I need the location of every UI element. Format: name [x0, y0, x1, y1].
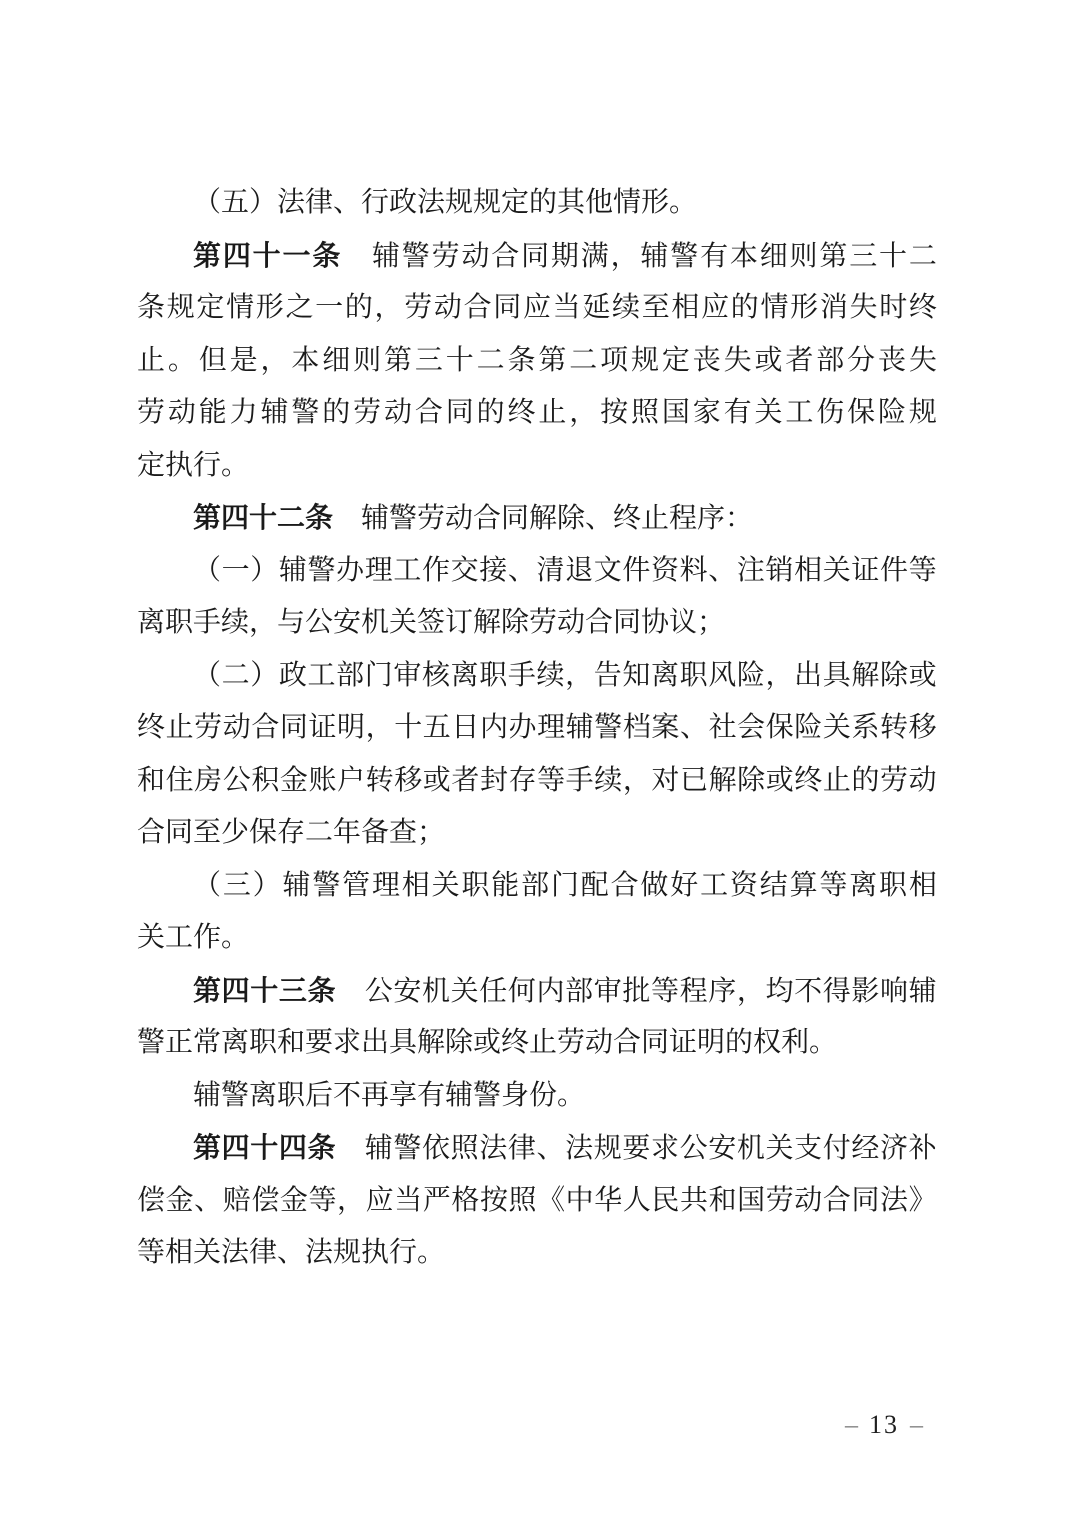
text-char: 止 [166, 702, 194, 755]
text-char: 合 [823, 1175, 851, 1228]
text-char: 或 [766, 755, 794, 808]
text-char: 规 [909, 387, 937, 440]
text-char: 审 [594, 966, 622, 1019]
text-char: 辅 [372, 231, 400, 284]
text-char: 动 [223, 702, 251, 755]
text-char: （ [193, 545, 221, 598]
text-char: 依 [422, 1123, 450, 1176]
text-char: 警 [594, 702, 622, 755]
text-char: 等 [537, 755, 565, 808]
text-char: 规 [631, 335, 659, 388]
text-char: 除 [880, 650, 908, 703]
text-char: 条 [508, 335, 536, 388]
text-char: 批 [622, 966, 650, 1019]
text-char: 内 [480, 702, 508, 755]
text-char: 机 [737, 1123, 765, 1176]
text-char: 相 [909, 860, 937, 913]
text-char: 合 [491, 231, 519, 284]
text-char: 劳 [404, 282, 432, 335]
text-char: 或 [909, 650, 937, 703]
article-number-char: 十 [250, 965, 278, 1018]
text-char: 当 [553, 282, 581, 335]
text-char: 工 [785, 387, 813, 440]
article-number-char: 四 [222, 965, 250, 1018]
article-number-char: 三 [279, 965, 307, 1018]
text-char: 按 [480, 1175, 508, 1228]
text-char: 二 [222, 650, 250, 703]
article-number-char: 四 [223, 230, 251, 283]
text-char: 应 [366, 1175, 394, 1228]
text-char: 部 [336, 650, 364, 703]
text-line: 第四十三条公安机关任何内部审批等程序，均不得影响辅 [137, 965, 937, 1018]
text-char: 相 [671, 282, 699, 335]
text-char: 法 [479, 1123, 507, 1176]
page-number-dash-left: – [845, 1405, 858, 1445]
text-char: 定 [662, 335, 690, 388]
text-char: 的 [345, 282, 373, 335]
text-char: 劳 [880, 755, 908, 808]
text-char: 转 [880, 702, 908, 755]
text-char: 均 [765, 966, 793, 1019]
text-char: 和 [709, 1175, 737, 1228]
text-char: 民 [651, 1175, 679, 1228]
text-char: 应 [701, 282, 729, 335]
text-char: 续 [612, 282, 640, 335]
text-line: 第四十二条辅警劳动合同解除、终止程序： [137, 492, 937, 545]
text-char: 理 [537, 702, 565, 755]
text-char: 细 [322, 335, 350, 388]
text-char: ） [250, 545, 278, 598]
text-char: 则 [790, 231, 818, 284]
text-char: 》 [909, 1175, 937, 1228]
text-char: 止 [137, 335, 165, 388]
text-char: 规 [594, 1123, 622, 1176]
text-char: 警 [308, 545, 336, 598]
text-char: 相 [794, 545, 822, 598]
text-line: 合同至少保存二年备查； [137, 807, 937, 860]
text-char: 金 [166, 1175, 194, 1228]
text-char: 同 [280, 702, 308, 755]
text-char: 国 [662, 387, 690, 440]
text-char: 经 [851, 1123, 879, 1176]
text-line: （五）法律、行政法规规定的其他情形。 [137, 177, 937, 230]
text-char: 解 [851, 650, 879, 703]
text-char: 关 [451, 966, 479, 1019]
text-char: 案 [651, 702, 679, 755]
text-char: 销 [766, 545, 794, 598]
text-line: 偿金、赔偿金等，应当严格按照《中华人民共和国劳动合同法》 [137, 1175, 937, 1228]
text-char: 第 [538, 335, 566, 388]
text-char: 退 [565, 545, 593, 598]
text-char: 资 [730, 860, 758, 913]
text-char: 配 [581, 860, 609, 913]
text-char: ， [611, 231, 639, 284]
text-char: 告 [594, 650, 622, 703]
text-char: 失 [909, 335, 937, 388]
article-number-char: 四 [279, 1122, 307, 1175]
text-char: ， [565, 650, 593, 703]
text-char: 偿 [251, 1175, 279, 1228]
text-char: 公 [680, 1123, 708, 1176]
text-char: 条 [137, 282, 165, 335]
text-char: 三 [849, 231, 877, 284]
article-number: 第四十二条 [193, 502, 333, 533]
text-char: 工 [308, 650, 336, 703]
text-char: 交 [451, 545, 479, 598]
text-char: 件 [622, 545, 650, 598]
text-char: 合 [415, 387, 443, 440]
text-char: 按 [600, 387, 628, 440]
text-char: 积 [251, 755, 279, 808]
text-char: 二 [909, 231, 937, 284]
text-char: 警 [312, 860, 340, 913]
text-char: 情 [226, 282, 254, 335]
text-char: 关 [432, 860, 460, 913]
text-char: 不 [794, 966, 822, 1019]
text-char: ， [766, 650, 794, 703]
text-char: 和 [137, 755, 165, 808]
text-char: 等 [819, 860, 847, 913]
text-char: 同 [521, 231, 549, 284]
text-char: 部 [565, 966, 593, 1019]
text-line: 辅警离职后不再享有辅警身份。 [137, 1070, 937, 1123]
text-char: 、 [536, 1123, 564, 1176]
text-char: 门 [365, 650, 393, 703]
article-number-char: 一 [282, 230, 310, 283]
text-char: 规 [167, 282, 195, 335]
text-char: 保 [847, 387, 875, 440]
text-char: 时 [879, 282, 907, 335]
text-char: 人 [623, 1175, 651, 1228]
page-number-value: 13 [869, 1405, 899, 1445]
text-char: 支 [794, 1123, 822, 1176]
text-char: 封 [480, 755, 508, 808]
text-char: 资 [651, 545, 679, 598]
text-char: ， [737, 966, 765, 1019]
text-char: 止 [538, 387, 566, 440]
text-char: 者 [451, 755, 479, 808]
text-char: 国 [737, 1175, 765, 1228]
text-char: 《 [537, 1175, 565, 1228]
text-char: 形 [256, 282, 284, 335]
text-char: 影 [851, 966, 879, 1019]
text-char: 职 [879, 860, 907, 913]
text-char: 风 [708, 650, 736, 703]
text-char: 工 [700, 860, 728, 913]
text-char: 具 [823, 650, 851, 703]
text-char: ， [337, 1175, 365, 1228]
text-char: 辅 [909, 966, 937, 1019]
text-line: 和住房公积金账户转移或者封存等手续，对已解除或终止的劳动 [137, 755, 937, 808]
text-char: 要 [622, 1123, 650, 1176]
text-char: ， [375, 282, 403, 335]
text-line: 定执行。 [137, 440, 937, 493]
text-char: 动 [384, 387, 412, 440]
text-char: 细 [760, 231, 788, 284]
text-char: 社 [709, 702, 737, 755]
text-char: 终 [508, 387, 536, 440]
text-char: 房 [194, 755, 222, 808]
text-char: 劳 [432, 231, 460, 284]
article-number-char: 十 [253, 230, 281, 283]
text-char: 住 [166, 755, 194, 808]
text-char: 辅 [365, 1123, 393, 1176]
text-char: 理 [372, 860, 400, 913]
text-char: 动 [794, 1175, 822, 1228]
text-char: 核 [422, 650, 450, 703]
text-char: 料 [680, 545, 708, 598]
text-char: 移 [394, 755, 422, 808]
text-run: 警正常离职和要求出具解除或终止劳动合同证明的权利。 [137, 1027, 837, 1058]
text-line: 第四十一条辅警劳动合同期满，辅警有本细则第三十二 [137, 230, 937, 283]
text-char: 辅 [640, 231, 668, 284]
text-char: 求 [651, 1123, 679, 1176]
text-char: 辅 [282, 860, 310, 913]
text-char: ， [261, 335, 289, 388]
text-char: 知 [622, 650, 650, 703]
text-run: 等相关法律、法规执行。 [137, 1237, 445, 1268]
text-char: 解 [709, 755, 737, 808]
text-char: 失 [724, 335, 752, 388]
text-char: 或 [755, 335, 783, 388]
text-line: 止。但是，本细则第三十二条第二项规定丧失或者部分丧失 [137, 335, 937, 388]
text-char: 何 [508, 966, 536, 1019]
text-char: 档 [623, 702, 651, 755]
text-char: 出 [794, 650, 822, 703]
text-char: 合 [611, 860, 639, 913]
text-char: 合 [464, 282, 492, 335]
text-line: 关工作。 [137, 912, 937, 965]
text-char: 清 [537, 545, 565, 598]
text-char: 照 [451, 1123, 479, 1176]
text-run: 辅警劳动合同解除、终止程序： [361, 503, 753, 534]
text-char: 止 [823, 755, 851, 808]
text-char: 续 [537, 650, 565, 703]
text-char: 会 [737, 702, 765, 755]
text-char: 关 [823, 545, 851, 598]
text-char: 能 [491, 860, 519, 913]
text-char: 照 [631, 387, 659, 440]
text-char: 之 [285, 282, 313, 335]
text-char: 职 [461, 860, 489, 913]
text-char: 文 [594, 545, 622, 598]
text-char: 劳 [766, 1175, 794, 1228]
text-char: 存 [509, 755, 537, 808]
text-line: 第四十四条辅警依照法律、法规要求公安机关支付经济补 [137, 1122, 937, 1175]
text-char: 险 [737, 650, 765, 703]
text-char: 系 [851, 702, 879, 755]
text-char: 保 [766, 702, 794, 755]
text-char: 三 [223, 860, 251, 913]
text-line: （一）辅警办理工作交接、清退文件资料、注销相关证件等 [137, 545, 937, 598]
text-char: 内 [536, 966, 564, 1019]
text-char: 一 [222, 545, 250, 598]
text-char: 第 [384, 335, 412, 388]
text-char: 照 [509, 1175, 537, 1228]
text-char: 金 [280, 1175, 308, 1228]
text-char: 安 [393, 966, 421, 1019]
article-number-char: 十 [250, 1122, 278, 1175]
text-line: （三）辅警管理相关职能部门配合做好工资结算等离职相 [137, 860, 937, 913]
text-char: ， [569, 387, 597, 440]
text-char: 手 [566, 755, 594, 808]
text-char: 理 [365, 545, 393, 598]
text-char: 五 [423, 702, 451, 755]
text-char: ， [623, 755, 651, 808]
text-char: 同 [493, 282, 521, 335]
text-char: 丧 [878, 335, 906, 388]
text-char: 华 [594, 1175, 622, 1228]
text-char: 力 [230, 387, 258, 440]
text-char: 同 [851, 1175, 879, 1228]
text-char: 移 [909, 702, 937, 755]
text-char: 离 [651, 650, 679, 703]
text-char: 期 [551, 231, 579, 284]
text-char: 则 [353, 335, 381, 388]
text-char: 中 [566, 1175, 594, 1228]
text-char: 离 [451, 650, 479, 703]
text-char: 好 [670, 860, 698, 913]
article-number-char: 第 [193, 965, 221, 1018]
text-char: 是 [230, 335, 258, 388]
text-char: 法 [565, 1123, 593, 1176]
text-char: 延 [582, 282, 610, 335]
text-char: 伤 [816, 387, 844, 440]
text-char: 安 [708, 1123, 736, 1176]
text-line: 条规定情形之一的，劳动合同应当延续至相应的情形消失时终 [137, 282, 937, 335]
text-char: 警 [402, 231, 430, 284]
text-char: 项 [600, 335, 628, 388]
text-char: 十 [446, 335, 474, 388]
article-number-char: 第 [193, 230, 221, 283]
text-char: 法 [880, 1175, 908, 1228]
text-char: 劳 [194, 702, 222, 755]
text-char: 部 [816, 335, 844, 388]
text-char: 、 [708, 545, 736, 598]
text-char: 审 [393, 650, 421, 703]
text-char: 的 [731, 282, 759, 335]
text-char: 明 [337, 702, 365, 755]
text-char: ） [250, 650, 278, 703]
text-char: 证 [851, 545, 879, 598]
text-char: 辅 [261, 387, 289, 440]
text-line: 等相关法律、法规执行。 [137, 1227, 937, 1280]
text-char: 办 [336, 545, 364, 598]
text-char: 部 [521, 860, 549, 913]
text-char: 终 [137, 702, 165, 755]
text-char: ， [366, 702, 394, 755]
text-char: 转 [366, 755, 394, 808]
text-char: 或 [423, 755, 451, 808]
text-char: 者 [785, 335, 813, 388]
text-char: 金 [280, 755, 308, 808]
text-char: 件 [880, 545, 908, 598]
text-char: 有 [724, 387, 752, 440]
text-line: （二）政工部门审核离职手续，告知离职风险，出具解除或 [137, 650, 937, 703]
text-char: 序 [708, 966, 736, 1019]
text-run: 定执行。 [137, 450, 249, 481]
text-run: 离职手续，与公安机关签订解除劳动合同协议； [137, 607, 725, 638]
text-char: 第 [819, 231, 847, 284]
text-char: 十 [394, 702, 422, 755]
text-char: 、 [194, 1175, 222, 1228]
text-char: 至 [642, 282, 670, 335]
text-char: 的 [477, 387, 505, 440]
text-char: 合 [251, 702, 279, 755]
text-char: （ [193, 860, 221, 913]
text-char: 辅 [279, 545, 307, 598]
article-number-char: 条 [308, 965, 336, 1018]
text-char: 工 [393, 545, 421, 598]
text-char: 格 [451, 1175, 479, 1228]
text-char: 满 [581, 231, 609, 284]
text-char: 一 [315, 282, 343, 335]
text-char: 。 [168, 335, 196, 388]
text-char: 算 [790, 860, 818, 913]
text-char: 能 [199, 387, 227, 440]
text-char: 动 [461, 231, 489, 284]
text-char: 作 [422, 545, 450, 598]
document-body: （五）法律、行政法规规定的其他情形。第四十一条辅警劳动合同期满，辅警有本细则第三… [137, 177, 937, 1280]
text-char: 程 [680, 966, 708, 1019]
text-char: 响 [880, 966, 908, 1019]
text-char: 同 [446, 387, 474, 440]
text-char: 关 [823, 702, 851, 755]
text-char: 失 [850, 282, 878, 335]
text-char: 本 [730, 231, 758, 284]
text-char: ） [253, 860, 281, 913]
page-number-dash-right: – [910, 1405, 923, 1445]
text-char: 得 [823, 966, 851, 1019]
text-char: 的 [322, 387, 350, 440]
text-char: 险 [794, 702, 822, 755]
text-char: 形 [790, 282, 818, 335]
page-number: – 13 – [845, 1405, 923, 1445]
text-char: 终 [794, 755, 822, 808]
text-char: 三 [415, 335, 443, 388]
text-char: 除 [737, 755, 765, 808]
text-char: 本 [291, 335, 319, 388]
text-char: （ [193, 650, 221, 703]
text-char: 注 [737, 545, 765, 598]
text-char: 十 [879, 231, 907, 284]
text-line: 劳动能力辅警的劳动合同的终止，按照国家有关工伤保险规 [137, 387, 937, 440]
article-number-char: 四 [222, 1122, 250, 1175]
text-char: 定 [196, 282, 224, 335]
text-char: 、 [680, 702, 708, 755]
text-line: 终止劳动合同证明，十五日内办理辅警档案、社会保险关系转移 [137, 702, 937, 755]
text-char: 警 [670, 231, 698, 284]
text-char: 账 [308, 755, 336, 808]
text-char: 当 [394, 1175, 422, 1228]
text-char: 等 [651, 966, 679, 1019]
text-run: 合同至少保存二年备查； [137, 817, 445, 848]
text-char: 管 [342, 860, 370, 913]
text-char: 辅 [566, 702, 594, 755]
text-char: 严 [423, 1175, 451, 1228]
text-line: 离职手续，与公安机关签订解除劳动合同协议； [137, 597, 937, 650]
text-char: 等 [308, 1175, 336, 1228]
text-char: 接 [479, 545, 507, 598]
text-char: 劳 [353, 387, 381, 440]
text-char: 续 [594, 755, 622, 808]
text-char: 偿 [137, 1175, 165, 1228]
text-char: 分 [847, 335, 875, 388]
text-char: 动 [168, 387, 196, 440]
text-char: 职 [680, 650, 708, 703]
text-char: 情 [760, 282, 788, 335]
text-char: 警 [291, 387, 319, 440]
